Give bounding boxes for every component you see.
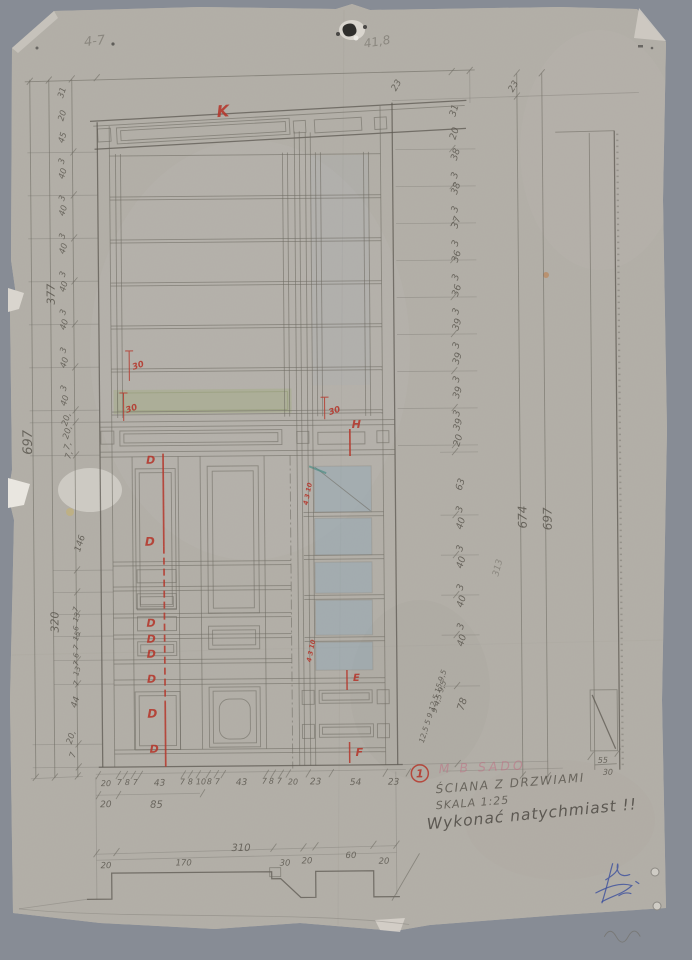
dim-total-left: 697 bbox=[21, 429, 36, 455]
dim-label: 8 bbox=[125, 778, 130, 787]
d-mark: D bbox=[147, 707, 157, 721]
pin-mark bbox=[36, 47, 39, 50]
h-mark: H bbox=[352, 418, 361, 431]
dim-label: 8 bbox=[188, 777, 193, 786]
dim-label: 20 bbox=[302, 856, 313, 866]
dim-total-right: 697 bbox=[541, 507, 555, 530]
d-mark: D bbox=[146, 454, 155, 467]
dim-label: 54 bbox=[350, 778, 362, 788]
dim-label: 20 bbox=[288, 777, 298, 786]
top-left-note: 4-7 bbox=[83, 33, 107, 50]
dim-label: 60 bbox=[345, 851, 356, 861]
dim-label: 30 bbox=[280, 859, 291, 869]
d-mark: D bbox=[147, 673, 156, 686]
dim-upper-left: 377 bbox=[45, 284, 58, 305]
strip-fraction-top: 55 bbox=[598, 756, 608, 765]
drawing-svg: 31 20 45 3 40 3 40 3 40 3 40 3 40 3 40 3… bbox=[0, 0, 692, 960]
red-revision-line bbox=[163, 454, 164, 547]
dim-label: 43 bbox=[154, 779, 166, 789]
dim-label: 8 bbox=[269, 777, 274, 786]
d-mark: D bbox=[150, 743, 159, 756]
pin-mark bbox=[111, 42, 114, 45]
circled-number-label: 1 bbox=[416, 767, 424, 780]
dim-label: 85 bbox=[150, 800, 163, 811]
scanned-drawing-page: 31 20 45 3 40 3 40 3 40 3 40 3 40 3 40 3… bbox=[0, 0, 692, 960]
dim-label: 10 bbox=[196, 777, 206, 786]
dim-label: 23 bbox=[388, 778, 400, 788]
d-mark: D bbox=[147, 633, 156, 646]
strip-fraction-bottom: 30 bbox=[603, 768, 613, 777]
dim-label: 20 bbox=[101, 861, 112, 871]
dim-label: 170 bbox=[176, 858, 192, 868]
edge-tear-bottom bbox=[375, 918, 405, 932]
f-mark: F bbox=[356, 746, 364, 759]
dim-label: 20 bbox=[379, 857, 390, 867]
d-mark: D bbox=[147, 648, 156, 661]
d-mark: D bbox=[146, 617, 155, 630]
corner-fold-topright bbox=[634, 8, 666, 41]
dim-total-profile: 310 bbox=[231, 843, 250, 854]
punch-hole bbox=[651, 868, 659, 876]
dim-label: 8 bbox=[207, 777, 212, 786]
dim-label: 43 bbox=[236, 778, 248, 788]
dim-inner-right: 674 bbox=[515, 506, 529, 529]
red-revision-line bbox=[165, 702, 166, 767]
dim-label: 23 bbox=[310, 777, 322, 787]
dim-lower-left: 320 bbox=[48, 612, 61, 633]
d-mark: D bbox=[145, 535, 155, 549]
dim-label: 20 bbox=[101, 779, 111, 788]
pin-mark bbox=[651, 47, 654, 50]
e-mark: E bbox=[353, 673, 360, 684]
pencil-squiggle bbox=[604, 931, 640, 942]
pin-mark bbox=[638, 45, 643, 48]
punch-hole bbox=[653, 902, 661, 910]
dim-label: 20 bbox=[100, 800, 112, 810]
